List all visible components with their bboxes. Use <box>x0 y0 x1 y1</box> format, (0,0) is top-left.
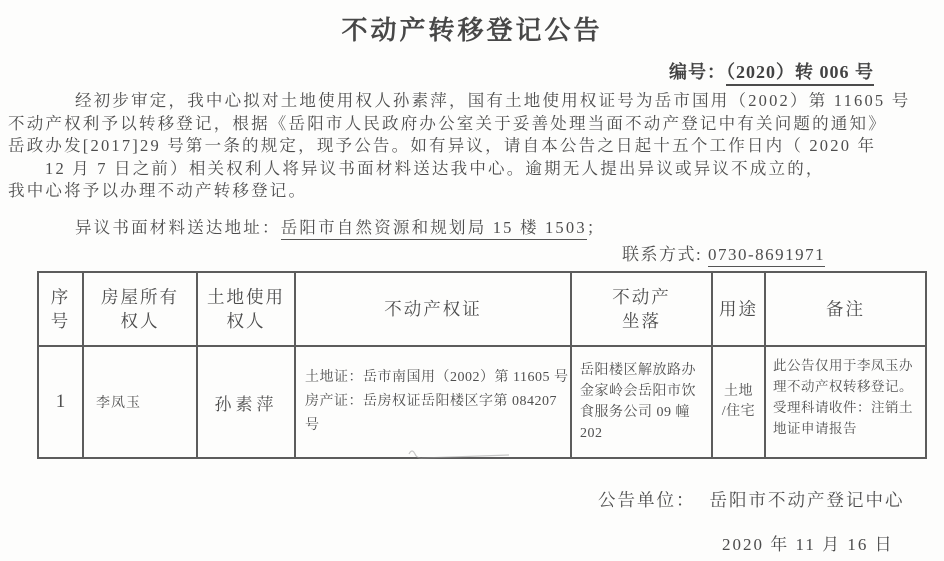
body-line: 经初步审定，我中心拟对土地使用权人孙素萍，国有土地使用权证号为岳市国用（2002… <box>8 90 940 113</box>
header-cert: 不动产权证 <box>295 272 571 346</box>
header-text: 不动产 <box>572 285 711 309</box>
contact-phone: 0730-8691971 <box>708 245 825 267</box>
header-text: 权人 <box>198 309 294 333</box>
cell-location: 岳阳楼区解放路办金家岭会岳阳市饮食服务公司 09 幢 202 <box>571 346 712 458</box>
header-remark: 备注 <box>765 272 926 346</box>
cert-land-line: 土地证：岳市南国用（2002）第 11605 号 <box>305 366 570 390</box>
cert-house-line: 房产证：岳房权证岳阳楼区字第 084207 号 <box>305 390 570 438</box>
header-text: 房屋所有 <box>84 285 196 309</box>
remark-line: 此公告仅用于李凤玉办理不动产权转移登记。 <box>773 355 918 397</box>
cell-usage: 土地 /住宅 <box>712 346 765 458</box>
issuer-line: 公告单位：岳阳市不动产登记中心 <box>598 487 905 512</box>
cell-house-owner: 李凤玉 <box>83 346 197 458</box>
header-text: 用途 <box>713 297 764 321</box>
property-table: 序 号 房屋所有 权人 土地使用 权人 不动产权证 不动产 坐落 <box>37 271 927 459</box>
table-row: 1 李凤玉 孙素萍 土地证：岳市南国用（2002）第 11605 号 房产证：岳… <box>38 346 926 458</box>
cell-cert: 土地证：岳市南国用（2002）第 11605 号 房产证：岳房权证岳阳楼区字第 … <box>295 346 571 458</box>
header-text: 序 <box>39 285 82 309</box>
header-text: 土地使用 <box>198 285 294 309</box>
objection-address-value: 岳阳市自然资源和规划局 15 楼 1503 <box>281 218 587 240</box>
issuer-label: 公告单位： <box>598 490 696 510</box>
cell-remark: 此公告仅用于李凤玉办理不动产权转移登记。 受理科请收件：注销土地证申请报告 <box>765 346 926 458</box>
document-number-value: （2020）转 006 号 <box>726 62 874 86</box>
header-text: 号 <box>39 309 82 333</box>
announcement-date: 2020 年 11 月 16 日 <box>722 530 894 555</box>
document-number: 编号：（2020）转 006 号 <box>669 58 874 84</box>
objection-address-line: 异议书面材料送达地址：岳阳市自然资源和规划局 15 楼 1503； <box>75 214 605 238</box>
contact-label: 联系方式: <box>622 245 708 264</box>
remark-line: 受理科请收件：注销土地证申请报告 <box>773 397 918 439</box>
body-line: 不动产权利予以转移登记，根据《岳阳市人民政府办公室关于妥善处理当面不动产登记中有… <box>8 113 940 136</box>
header-text: 备注 <box>766 297 925 321</box>
page-title: 不动产转移登记公告 <box>0 10 944 47</box>
usage-line: /住宅 <box>713 402 764 422</box>
header-usage: 用途 <box>712 272 765 346</box>
header-land-user: 土地使用 权人 <box>197 272 295 346</box>
table-header-row: 序 号 房屋所有 权人 土地使用 权人 不动产权证 不动产 坐落 <box>38 272 926 346</box>
scan-artifact <box>405 448 515 464</box>
header-seq: 序 号 <box>38 272 83 346</box>
cell-seq: 1 <box>38 346 83 458</box>
document-number-label: 编号： <box>669 62 726 82</box>
header-text: 坐落 <box>572 309 711 333</box>
header-text: 不动产权证 <box>296 297 570 321</box>
cell-land-user: 孙素萍 <box>197 346 295 458</box>
objection-address-label: 异议书面材料送达地址： <box>75 218 281 237</box>
body-line: 岳政办发[2017]29 号第一条的规定，现予公告。如有异议，请自本公告之日起十… <box>8 135 940 158</box>
issuer-name: 岳阳市不动产登记中心 <box>710 490 905 510</box>
usage-line: 土地 <box>713 382 764 402</box>
body-paragraph: 经初步审定，我中心拟对土地使用权人孙素萍，国有土地使用权证号为岳市国用（2002… <box>8 90 940 203</box>
header-house-owner: 房屋所有 权人 <box>83 272 197 346</box>
body-line: 12 月 7 日之前）相关权利人将异议书面材料送达我中心。逾期无人提出异议或异议… <box>8 158 940 181</box>
body-line: 我中心将予以办理不动产转移登记。 <box>8 180 940 203</box>
header-location: 不动产 坐落 <box>571 272 712 346</box>
objection-address-suffix: ； <box>587 218 606 237</box>
announcement-document: 不动产转移登记公告 编号：（2020）转 006 号 经初步审定，我中心拟对土地… <box>0 0 944 561</box>
contact-line: 联系方式: 0730-8691971 <box>622 240 825 265</box>
header-text: 权人 <box>84 309 196 333</box>
